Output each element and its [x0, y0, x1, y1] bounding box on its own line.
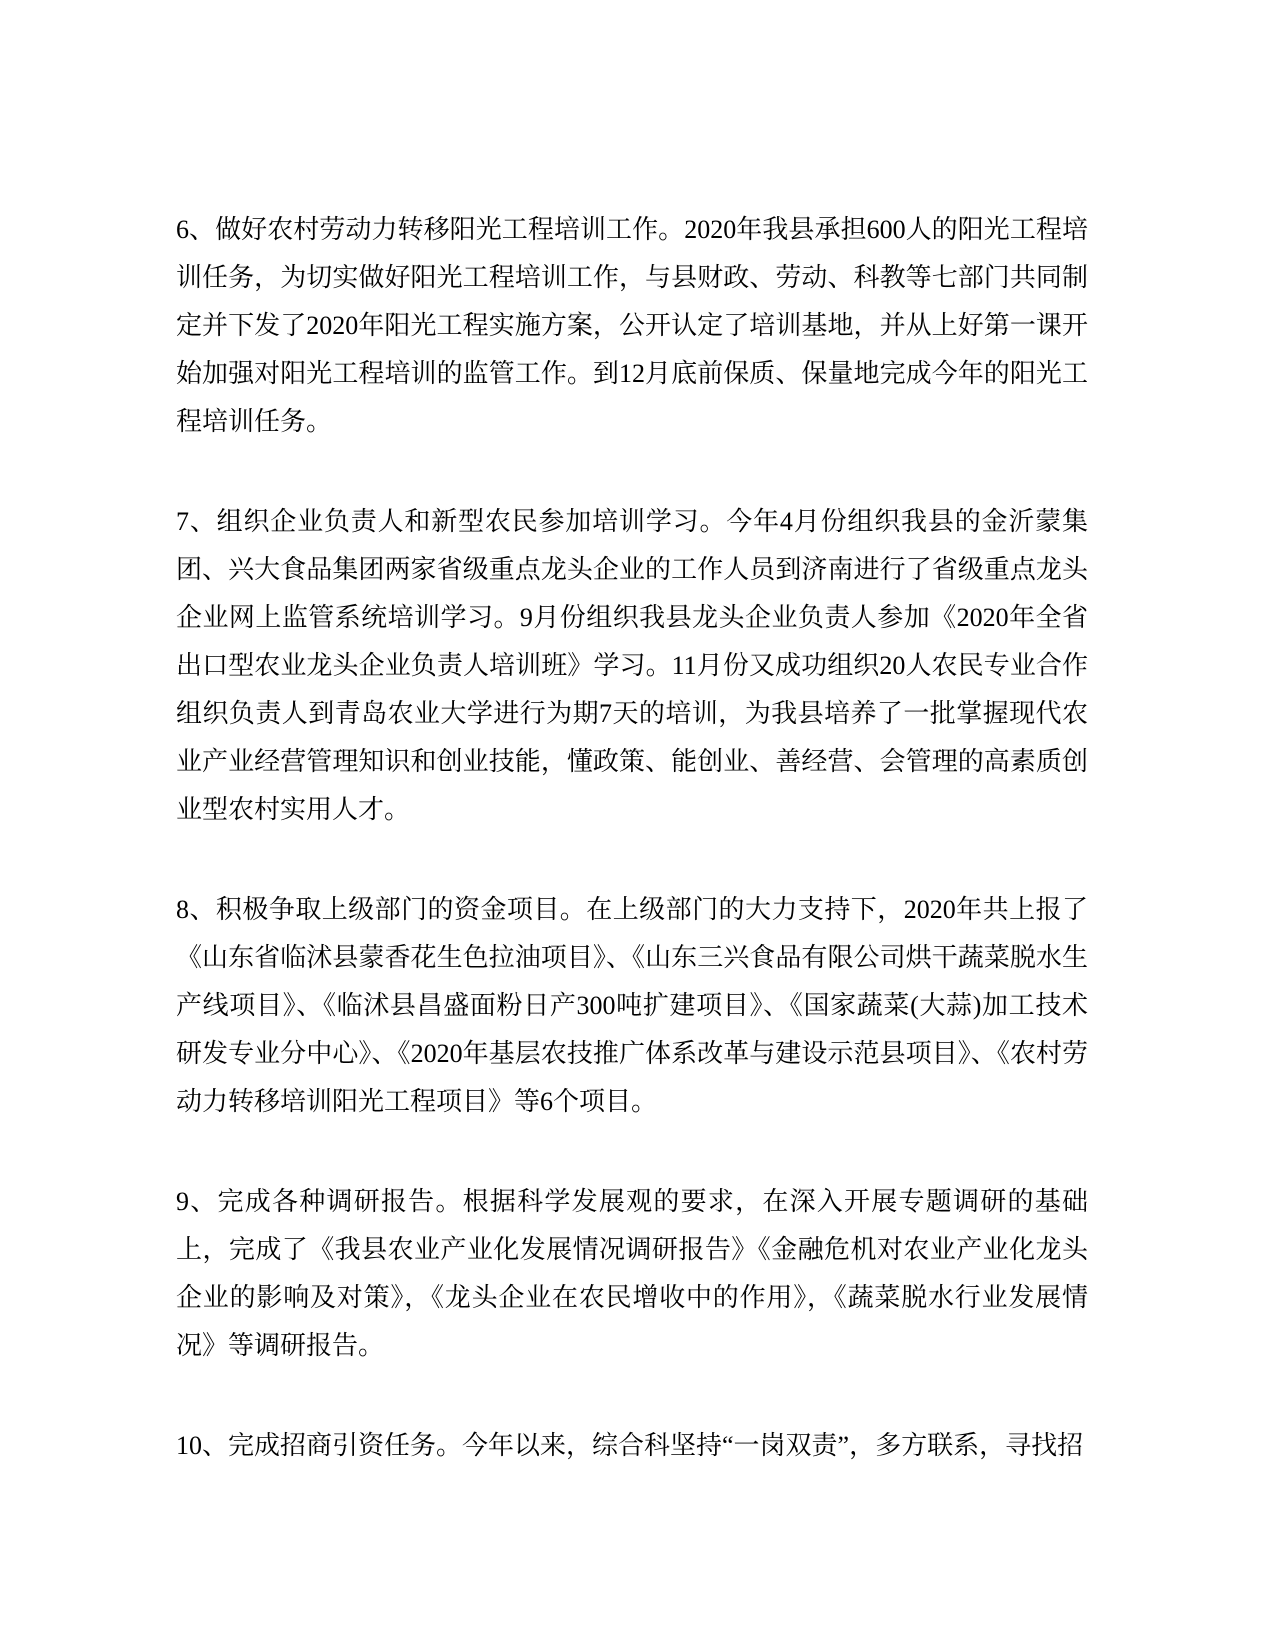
document-text-area: 6、做好农村劳动力转移阳光工程培训工作。2020年我县承担600人的阳光工程培训…	[0, 0, 1275, 1650]
paragraph-6: 6、做好农村劳动力转移阳光工程培训工作。2020年我县承担600人的阳光工程培训…	[176, 206, 1088, 446]
paragraph-7: 7、组织企业负责人和新型农民参加培训学习。今年4月份组织我县的金沂蒙集团、兴大食…	[176, 498, 1088, 834]
paragraph-8: 8、积极争取上级部门的资金项目。在上级部门的大力支持下，2020年共上报了《山东…	[176, 886, 1088, 1126]
document-page: 6、做好农村劳动力转移阳光工程培训工作。2020年我县承担600人的阳光工程培训…	[0, 0, 1275, 1650]
paragraph-10: 10、完成招商引资任务。今年以来，综合科坚持“一岗双责”，多方联系，寻找招	[176, 1422, 1088, 1470]
paragraph-9: 9、完成各种调研报告。根据科学发展观的要求，在深入开展专题调研的基础上，完成了《…	[176, 1178, 1088, 1370]
